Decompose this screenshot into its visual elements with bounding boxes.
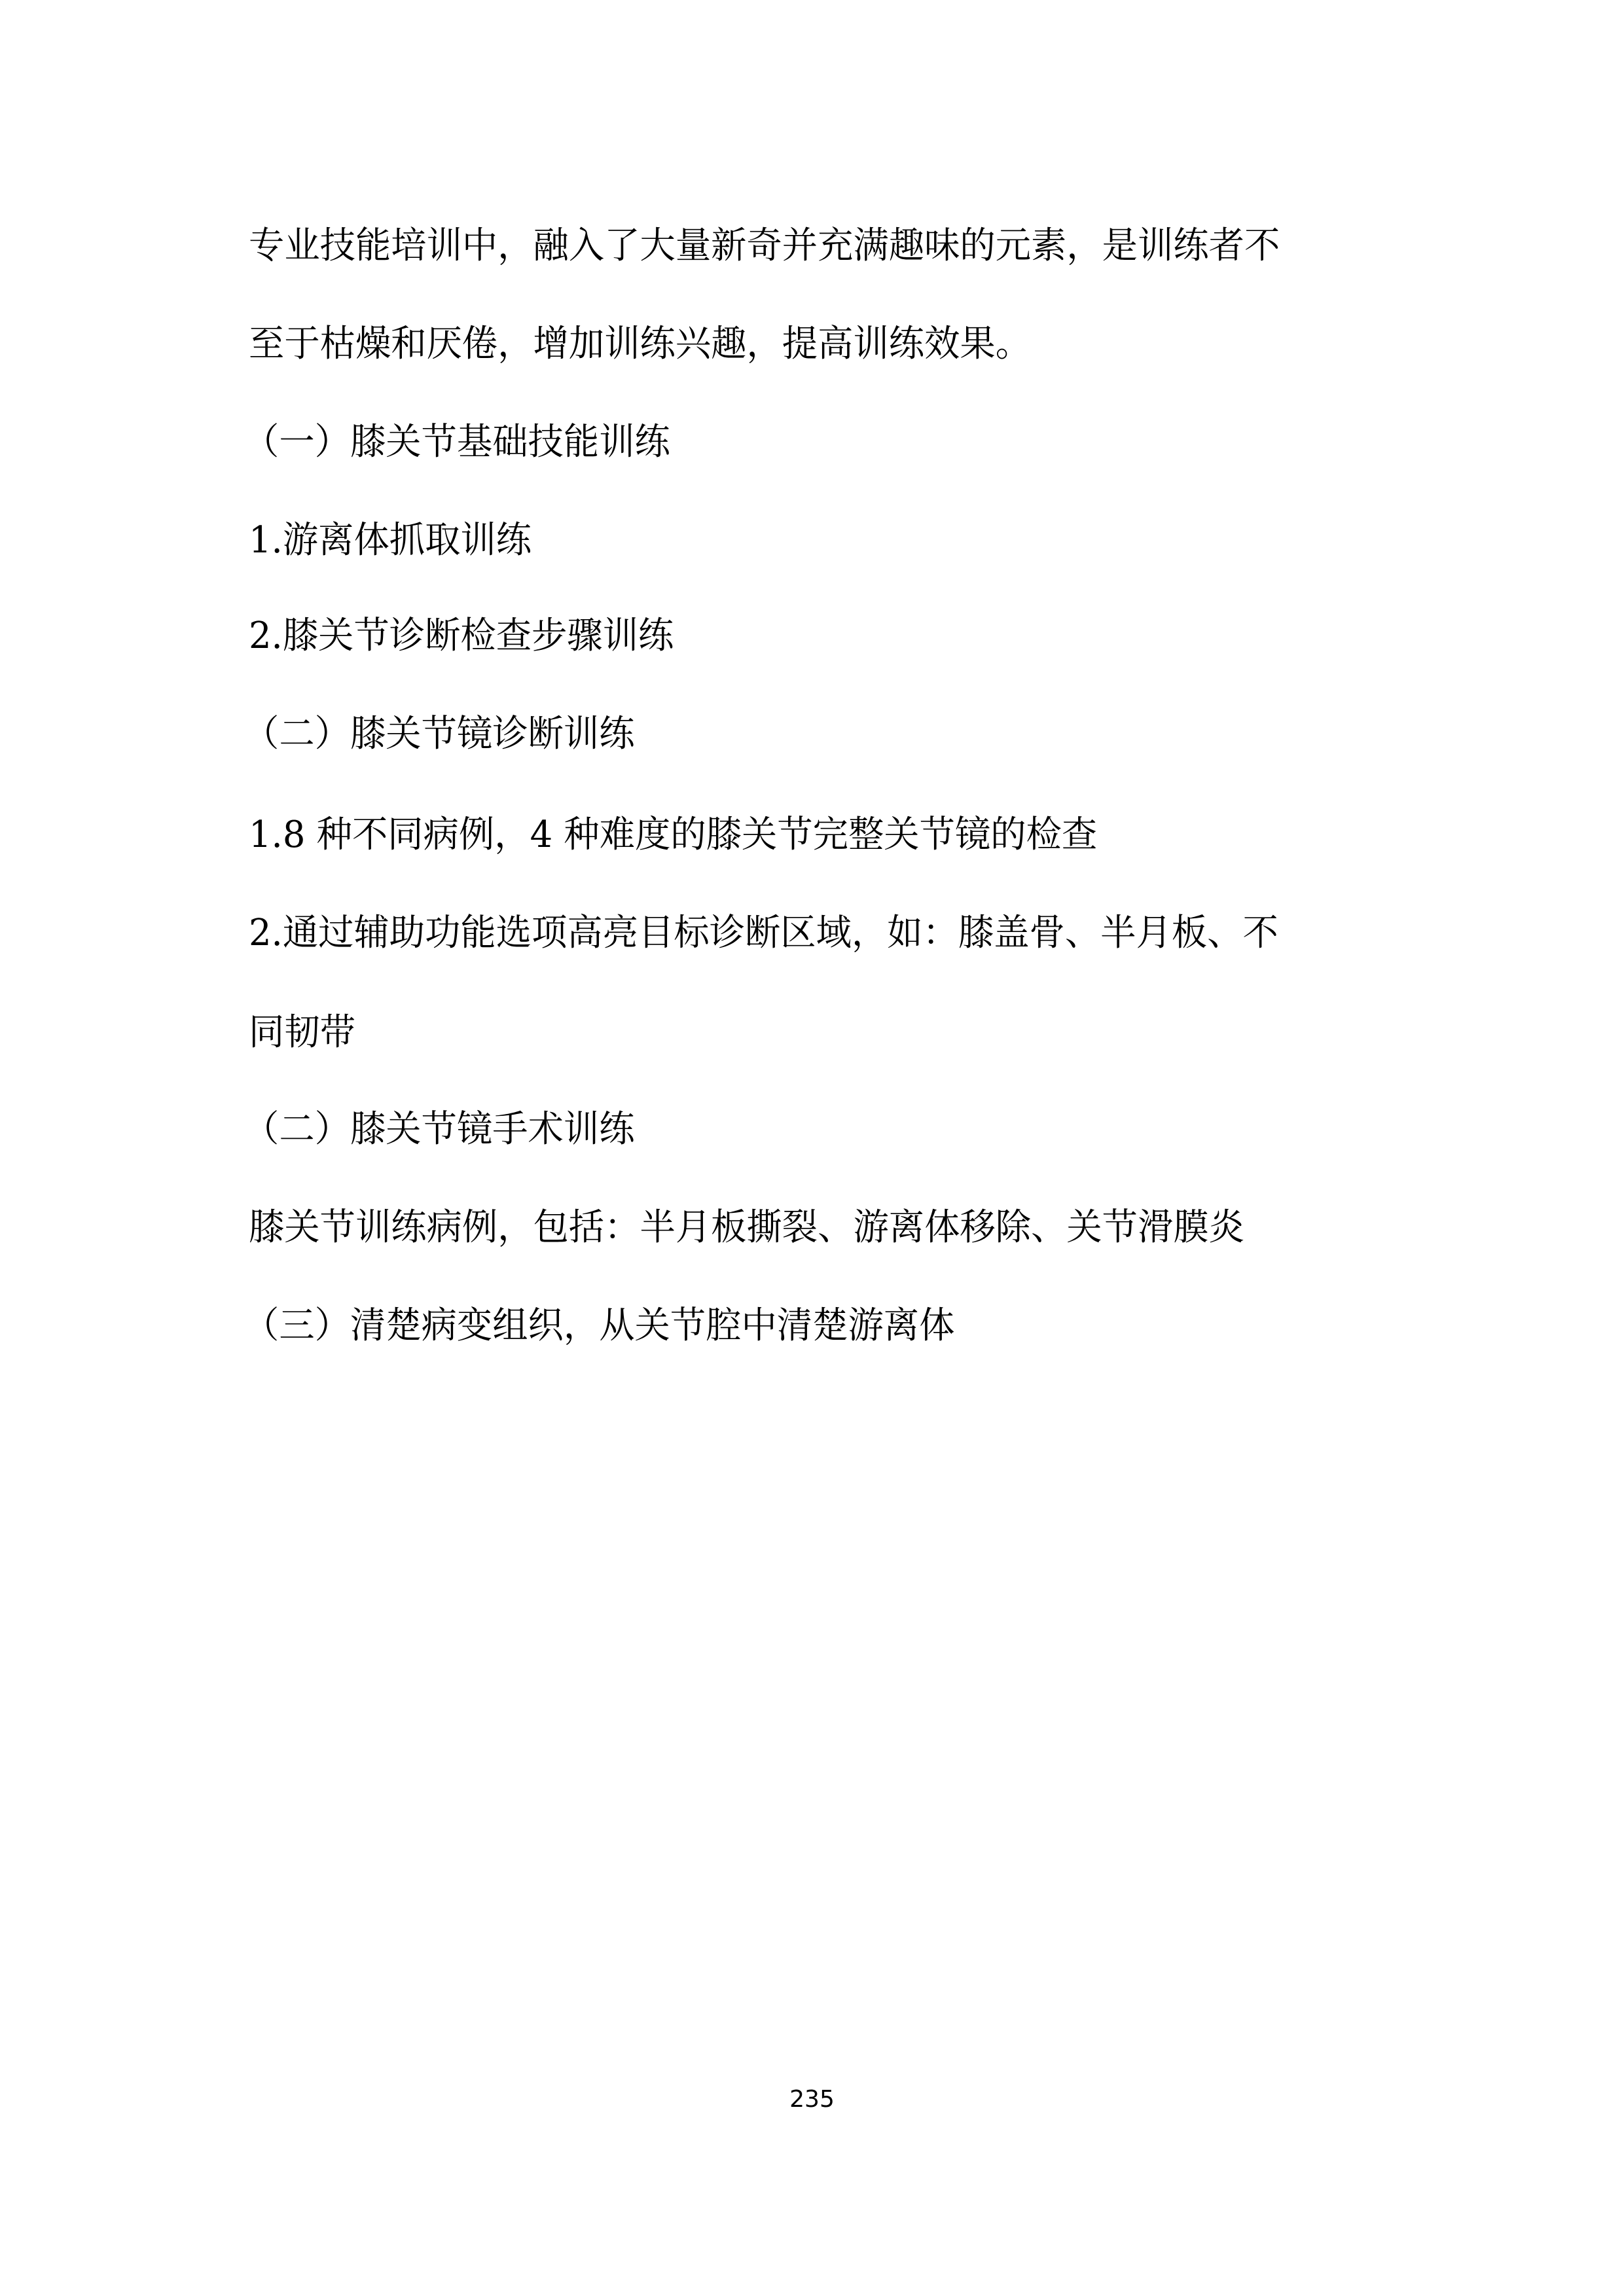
page-number: 235 <box>0 2085 1624 2114</box>
paragraph-surgery-cases: 膝关节训练病例，包括：半月板撕裂、游离体移除、关节滑膜炎 <box>249 1207 1244 1249</box>
paragraph-line-1: 专业技能培训中，融入了大量新奇并充满趣味的元素，是训练者不 <box>249 225 1280 267</box>
list-item-2-2-continued: 同韧带 <box>249 1012 355 1054</box>
list-item-2-1: 1.8 种不同病例，4 种难度的膝关节完整关节镜的检查 <box>249 814 1097 856</box>
list-item-1-1: 1.游离体抓取训练 <box>249 520 532 562</box>
paragraph-line-2: 至于枯燥和厌倦，增加训练兴趣，提高训练效果。 <box>249 323 1031 365</box>
list-item-1-2: 2.膝关节诊断检查步骤训练 <box>249 615 674 657</box>
section-heading-3: （二）膝关节镜手术训练 <box>244 1109 635 1151</box>
section-heading-1: （一）膝关节基础技能训练 <box>244 422 670 463</box>
section-heading-2: （二）膝关节镜诊断训练 <box>244 713 635 755</box>
document-page: 专业技能培训中，融入了大量新奇并充满趣味的元素，是训练者不 至于枯燥和厌倦，增加… <box>0 0 1624 2296</box>
section-heading-4: （三）清楚病变组织，从关节腔中清楚游离体 <box>244 1305 954 1347</box>
list-item-2-2: 2.通过辅助功能选项高亮目标诊断区域，如：膝盖骨、半月板、不 <box>249 912 1278 954</box>
